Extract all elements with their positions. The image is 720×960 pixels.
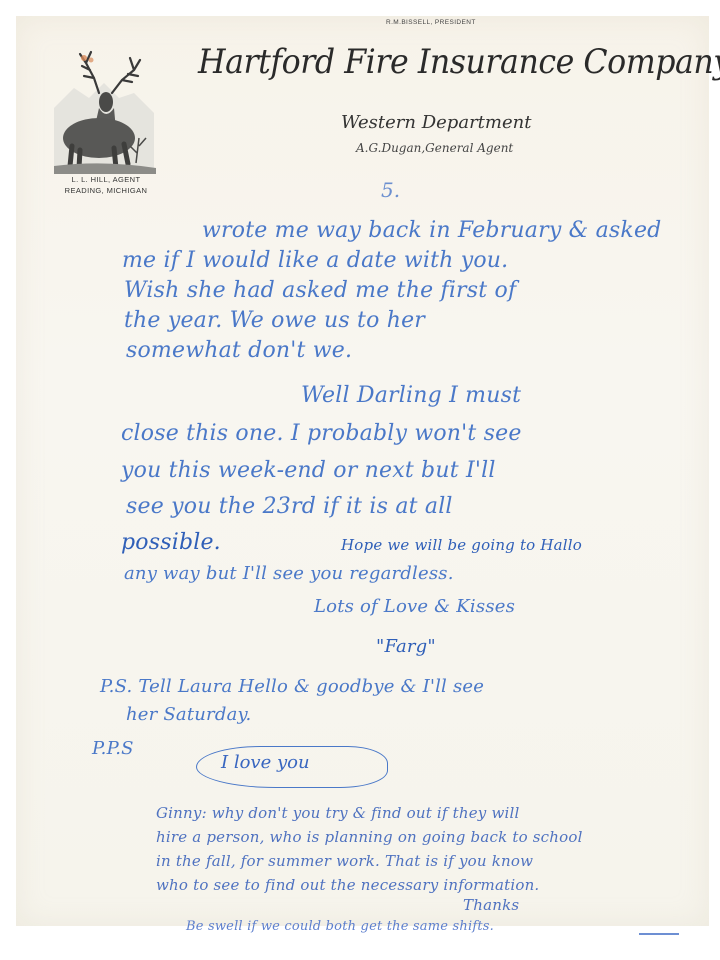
page-number: 5. <box>381 178 400 202</box>
company-name: Hartford Fire Insurance Company <box>198 42 663 82</box>
body-line: the year. We owe us to her <box>124 308 425 333</box>
body-line: Wish she had asked me the first of <box>124 278 516 303</box>
body-line: somewhat don't we. <box>126 338 352 363</box>
note-line: in the fall, for summer work. That is if… <box>156 852 533 870</box>
body-line: possible. <box>121 530 221 555</box>
letter-page: R.M.BISSELL, PRESIDENT Hartford Fire Ins… <box>16 16 709 926</box>
body-line: wrote me way back in February & asked <box>202 218 661 243</box>
body-line: see you the 23rd if it is at all <box>126 494 453 519</box>
ps-line: P.S. Tell Laura Hello & goodbye & I'll s… <box>100 676 484 697</box>
agent-name: L. L. HILL, AGENT <box>44 174 168 185</box>
note-line: who to see to find out the necessary inf… <box>156 876 539 894</box>
agent-address: L. L. HILL, AGENT READING, MICHIGAN <box>44 174 168 196</box>
general-agent: A.G.Dugan,General Agent <box>356 141 513 155</box>
body-line: you this week-end or next but I'll <box>121 458 496 483</box>
footer-line: Be swell if we could both get the same s… <box>186 919 494 934</box>
president-line: R.M.BISSELL, PRESIDENT <box>386 19 476 26</box>
note-line: Ginny: why don't you try & find out if t… <box>156 804 519 822</box>
signature: "Farg" <box>376 636 436 657</box>
elk-icon <box>44 38 164 188</box>
body-line: Well Darling I must <box>301 383 521 408</box>
pps-label: P.P.S <box>92 738 134 759</box>
note-line: hire a person, who is planning on going … <box>156 828 583 846</box>
body-line: any way but I'll see you regardless. <box>124 563 454 584</box>
ps-line: her Saturday. <box>126 704 251 725</box>
department-name: Western Department <box>341 112 531 133</box>
thanks: Thanks <box>463 896 519 914</box>
pps-text: I love you <box>221 752 310 773</box>
body-line: close this one. I probably won't see <box>121 421 522 446</box>
agent-location: READING, MICHIGAN <box>44 185 168 196</box>
body-line: me if I would like a date with you. <box>122 248 508 273</box>
trailing-dash <box>639 933 679 935</box>
body-line: Hope we will be going to Hallo <box>341 536 582 554</box>
closing-line: Lots of Love & Kisses <box>314 596 515 617</box>
